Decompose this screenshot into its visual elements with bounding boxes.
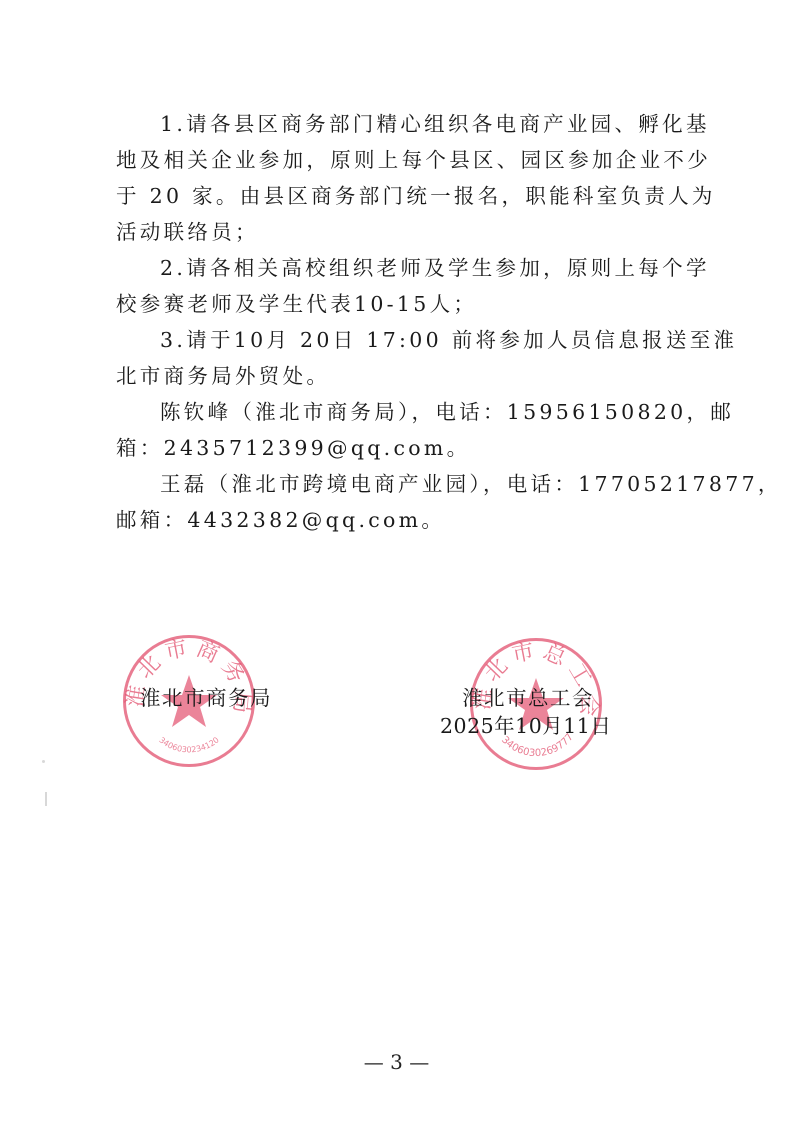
- scan-artifact: [42, 760, 45, 763]
- text-line: 活动联络员；: [116, 214, 686, 250]
- signatory-commerce-bureau: 淮北市商务局: [140, 684, 272, 712]
- paragraph-2: 2.请各相关高校组织老师及学生参加，原则上每个学 校参赛老师及学生代表10-15…: [116, 250, 686, 322]
- paragraph-1: 1.请各县区商务部门精心组织各电商产业园、孵化基 地及相关企业参加，原则上每个县…: [116, 106, 686, 250]
- paragraph-3: 3.请于10月 20日 17:00 前将参加人员信息报送至淮 北市商务局外贸处。: [116, 322, 686, 394]
- contact-1: 陈钦峰（淮北市商务局），电话：15956150820，邮 箱：243571239…: [116, 394, 686, 466]
- signatory-trade-union: 淮北市总工会: [462, 684, 594, 712]
- text-line: 地及相关企业参加，原则上每个县区、园区参加企业不少: [116, 142, 686, 178]
- document-page: 1.请各县区商务部门精心组织各电商产业园、孵化基 地及相关企业参加，原则上每个县…: [0, 0, 793, 1121]
- signature-date: 2025年10月11日: [440, 712, 611, 740]
- text-line: 2.请各相关高校组织老师及学生参加，原则上每个学: [116, 250, 686, 286]
- page-number: — 3 —: [0, 1050, 793, 1074]
- contact-2: 王磊（淮北市跨境电商产业园），电话：17705217877， 邮箱：443238…: [116, 466, 686, 538]
- scan-artifact: [45, 792, 47, 806]
- text-line: 北市商务局外贸处。: [116, 358, 686, 394]
- text-line: 校参赛老师及学生代表10-15人；: [116, 286, 686, 322]
- text-line: 3.请于10月 20日 17:00 前将参加人员信息报送至淮: [116, 322, 686, 358]
- text-line: 箱：2435712399@qq.com。: [116, 430, 686, 466]
- text-line: 邮箱：4432382@qq.com。: [116, 502, 686, 538]
- text-line: 王磊（淮北市跨境电商产业园），电话：17705217877，: [116, 466, 686, 502]
- text-line: 1.请各县区商务部门精心组织各电商产业园、孵化基: [116, 106, 686, 142]
- text-line: 陈钦峰（淮北市商务局），电话：15956150820，邮: [116, 394, 686, 430]
- svg-text:3406030234120: 3406030234120: [157, 735, 220, 754]
- document-body: 1.请各县区商务部门精心组织各电商产业园、孵化基 地及相关企业参加，原则上每个县…: [116, 106, 686, 538]
- text-line: 于 20 家。由县区商务部门统一报名，职能科室负责人为: [116, 178, 686, 214]
